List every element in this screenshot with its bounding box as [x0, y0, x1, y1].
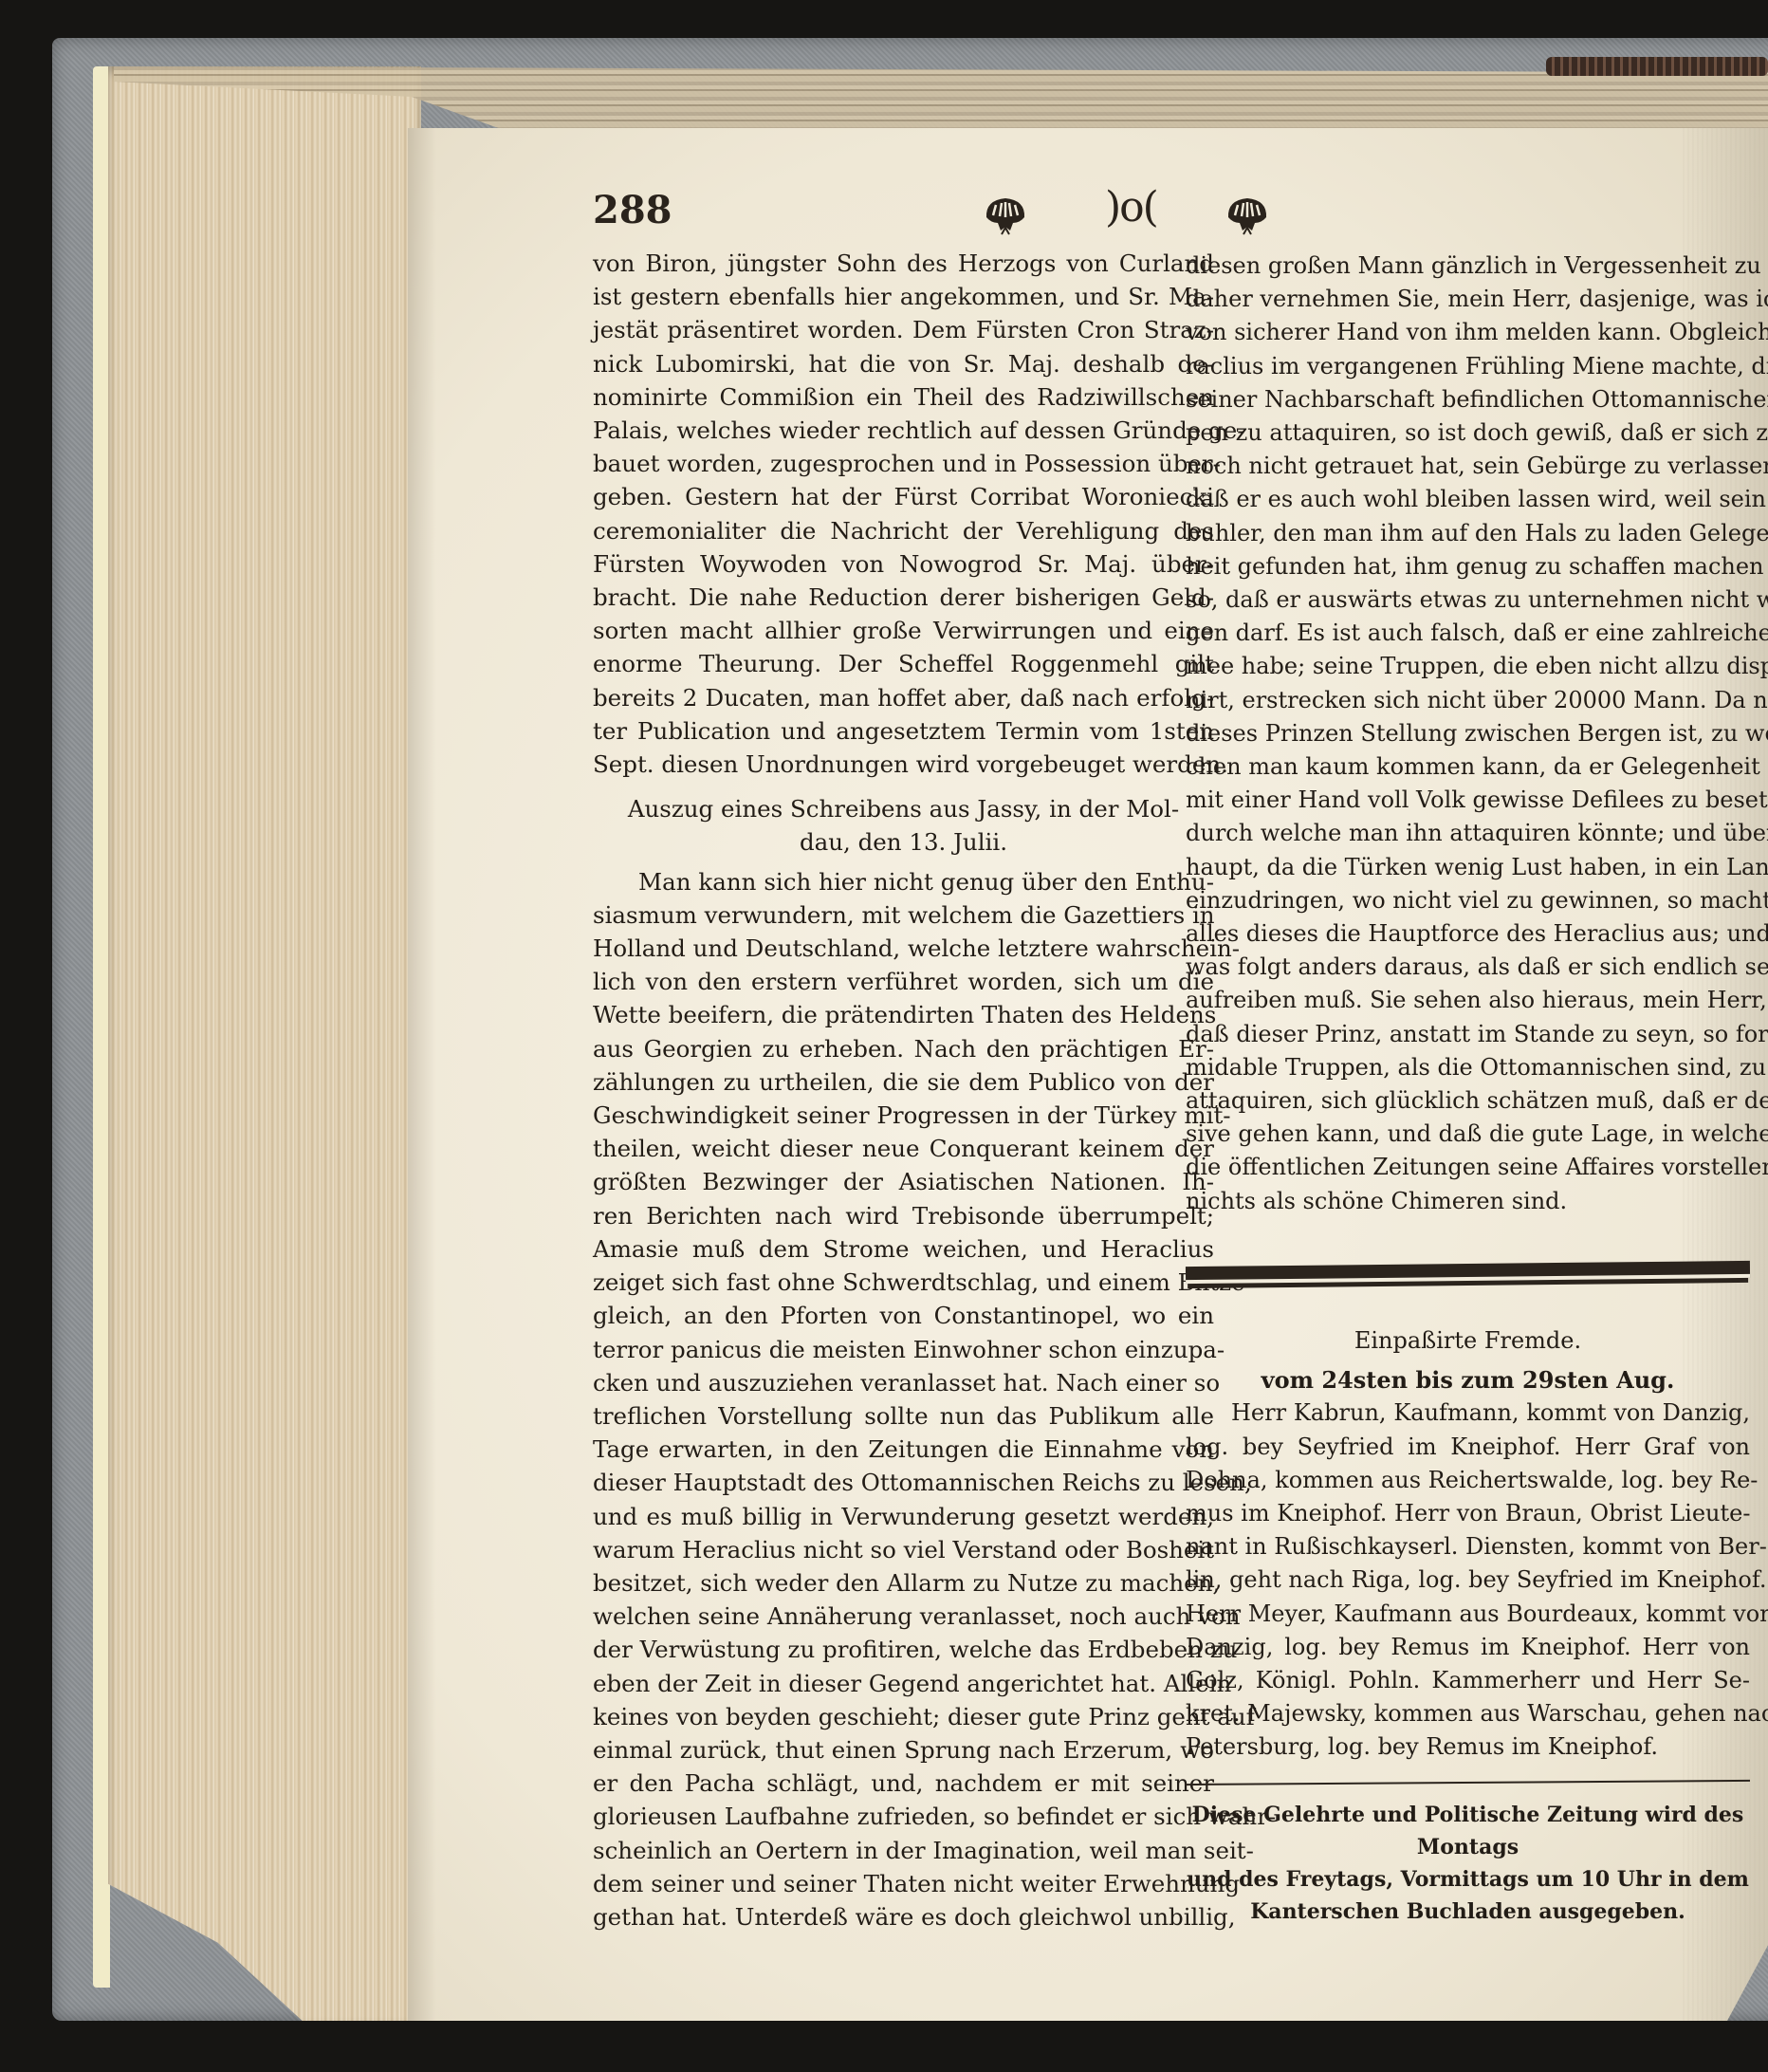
arrival-entry-line: lin, geht nach Riga, log. bey Seyfried i…	[1186, 1563, 1750, 1597]
article-paragraph: diesen großen Mann gänzlich in Vergessen…	[1186, 250, 1750, 1218]
text-line: welchen seine Annäherung veranlasset, no…	[593, 1600, 1214, 1633]
text-line: Sept. diesen Unordnungen wird vorgebeuge…	[593, 748, 1214, 781]
arrival-entry-line: nant in Rußischkayserl. Diensten, kommt …	[1186, 1530, 1750, 1563]
text-line: zählungen zu urtheilen, die sie dem Publ…	[593, 1065, 1214, 1099]
text-line: raclius im vergangenen Frühling Miene ma…	[1186, 350, 1750, 383]
text-line: jestät präsentiret worden. Dem Fürsten C…	[593, 313, 1214, 346]
arrival-entry-line: mus im Kneiphof. Herr von Braun, Obrist …	[1186, 1497, 1750, 1530]
text-line: daß er es auch wohl bleiben lassen wird,…	[1186, 483, 1750, 516]
text-line: nichts als schöne Chimeren sind.	[1186, 1185, 1750, 1218]
text-line: Fürsten Woywoden von Nowogrod Sr. Maj. ü…	[593, 547, 1214, 581]
text-line: Amasie muß dem Strome weichen, und Herac…	[593, 1232, 1214, 1266]
section-divider	[1186, 1261, 1750, 1284]
text-line: eben der Zeit in dieser Gegend angericht…	[593, 1667, 1214, 1700]
arrival-entry-line: log. bey Seyfried im Kneiphof. Herr Graf…	[1186, 1431, 1750, 1464]
text-line: von Biron, jüngster Sohn des Herzogs von…	[593, 247, 1214, 280]
text-line: treflichen Vorstellung sollte nun das Pu…	[593, 1399, 1214, 1433]
colophon-line: Kanterschen Buchladen ausgegeben.	[1186, 1896, 1750, 1928]
text-line: chen man kaum kommen kann, da er Gelegen…	[1186, 750, 1750, 784]
text-line: heit gefunden hat, ihm genug zu schaffen…	[1186, 550, 1750, 583]
text-line: lich von den erstern verführet worden, s…	[593, 965, 1214, 998]
text-line: der Verwüstung zu profitiren, welche das…	[593, 1633, 1214, 1666]
text-line: scheinlich an Oertern in der Imagination…	[593, 1834, 1214, 1867]
arrival-entry-line: Petersburg, log. bey Remus im Kneiphof.	[1186, 1730, 1750, 1764]
text-line: cken und auszuziehen veranlasset hat. Na…	[593, 1366, 1214, 1399]
text-line: mit einer Hand voll Volk gewisse Defilee…	[1186, 784, 1750, 817]
colophon-line: und des Freytags, Vormittags um 10 Uhr i…	[1186, 1863, 1750, 1896]
text-line: theilen, weicht dieser neue Conquerant k…	[593, 1132, 1214, 1165]
text-line: siasmum verwundern, mit welchem die Gaze…	[593, 898, 1214, 932]
text-line: sive gehen kann, und daß die gute Lage, …	[1186, 1118, 1750, 1151]
endpaper	[93, 66, 110, 1988]
page-edges	[108, 66, 421, 2021]
text-line: ceremonialiter die Nachricht der Verehli…	[593, 514, 1214, 547]
text-line: seiner Nachbarschaft befindlichen Ottoma…	[1186, 383, 1750, 416]
text-line: so, daß er auswärts etwas zu unternehmen…	[1186, 583, 1750, 617]
text-line: ist gestern ebenfalls hier angekommen, u…	[593, 280, 1214, 313]
text-line: nominirte Commißion ein Theil des Radziw…	[593, 380, 1214, 414]
text-line: haupt, da die Türken wenig Lust haben, i…	[1186, 851, 1750, 884]
text-line: Geschwindigkeit seiner Progressen in der…	[593, 1099, 1214, 1132]
text-line: aus Georgien zu erheben. Nach den prächt…	[593, 1032, 1214, 1065]
text-line: größten Bezwinger der Asiatischen Nation…	[593, 1165, 1214, 1198]
text-line: gethan hat. Unterdeß wäre es doch gleich…	[593, 1900, 1214, 1933]
text-line: geben. Gestern hat der Fürst Corribat Wo…	[593, 480, 1214, 513]
text-line: enorme Theurung. Der Scheffel Roggenmehl…	[593, 647, 1214, 680]
colophon-line: Diese Gelehrte und Politische Zeitung wi…	[1186, 1799, 1750, 1863]
text-line: ter Publication und angesetztem Termin v…	[593, 714, 1214, 748]
text-line: daß dieser Prinz, anstatt im Stande zu s…	[1186, 1018, 1750, 1051]
text-line: buhler, den man ihm auf den Hals zu lade…	[1186, 517, 1750, 550]
text-line: daher vernehmen Sie, mein Herr, dasjenig…	[1186, 283, 1750, 316]
text-line: terror panicus die meisten Einwohner sch…	[593, 1333, 1214, 1366]
newspaper-page: 288 )o( von Biron, jüngster Sohn des Her…	[408, 128, 1768, 2021]
text-line: aufreiben muß. Sie sehen also hieraus, m…	[1186, 984, 1750, 1017]
colophon-divider	[1186, 1779, 1750, 1785]
text-line: von sicherer Hand von ihm melden kann. O…	[1186, 316, 1750, 349]
text-line: einmal zurück, thut einen Sprung nach Er…	[593, 1733, 1214, 1767]
text-line: attaquiren, sich glücklich schätzen muß,…	[1186, 1084, 1750, 1118]
text-line: keines von beyden geschieht; dieser gute…	[593, 1700, 1214, 1733]
arrival-entry-line: Dohna, kommen aus Reichertswalde, log. b…	[1186, 1464, 1750, 1497]
ornament-divider: )o(	[1105, 183, 1157, 231]
text-line: warum Heraclius nicht so viel Verstand o…	[593, 1533, 1214, 1566]
gutter-shadow	[408, 128, 436, 2021]
text-line: was folgt anders daraus, als daß er sich…	[1186, 951, 1750, 984]
colophon: Diese Gelehrte und Politische Zeitung wi…	[1186, 1799, 1750, 1928]
text-line: nirt, erstrecken sich nicht über 20000 M…	[1186, 684, 1750, 717]
text-line: sorten macht allhier große Verwirrungen …	[593, 614, 1214, 647]
arrivals-list: Herr Kabrun, Kaufmann, kommt von Danzig,…	[1186, 1397, 1750, 1764]
text-line: einzudringen, wo nicht viel zu gewinnen,…	[1186, 884, 1750, 917]
text-line: dem seiner und seiner Thaten nicht weite…	[593, 1867, 1214, 1900]
right-column: diesen großen Mann gänzlich in Vergessen…	[1186, 250, 1750, 1928]
text-line: Holland und Deutschland, welche letztere…	[593, 932, 1214, 965]
arrival-entry-line: Herr Kabrun, Kaufmann, kommt von Danzig,	[1186, 1397, 1750, 1430]
text-line: midable Truppen, als die Ottomannischen …	[1186, 1051, 1750, 1084]
text-line: bracht. Die nahe Reduction derer bisheri…	[593, 581, 1214, 614]
text-line: die öffentlichen Zeitungen seine Affaire…	[1186, 1151, 1750, 1184]
text-line: Palais, welches wieder rechtlich auf des…	[593, 414, 1214, 447]
text-line: er den Pacha schlägt, und, nachdem er mi…	[593, 1767, 1214, 1800]
text-line: alles dieses die Hauptforce des Heracliu…	[1186, 917, 1750, 951]
arrival-entry-line: Golz, Königl. Pohln. Kammerherr und Herr…	[1186, 1664, 1750, 1697]
text-line: bauet worden, zugesprochen und in Posses…	[593, 447, 1214, 480]
text-line: besitzet, sich weder den Allarm zu Nutze…	[593, 1566, 1214, 1600]
section-subtitle: vom 24sten bis zum 29sten Aug.	[1186, 1363, 1750, 1397]
headband	[1546, 57, 1768, 76]
text-line: und es muß billig in Verwunderung gesetz…	[593, 1500, 1214, 1533]
text-line: gleich, an den Pforten von Constantinope…	[593, 1299, 1214, 1332]
text-line: noch nicht getrauet hat, sein Gebürge zu…	[1186, 450, 1750, 483]
article-paragraph: Man kann sich hier nicht genug über den …	[593, 865, 1214, 1934]
text-line: gen darf. Es ist auch falsch, daß er ein…	[1186, 617, 1750, 650]
text-line: mee habe; seine Truppen, die eben nicht …	[1186, 650, 1750, 683]
arrival-entry-line: Herr Meyer, Kaufmann aus Bourdeaux, komm…	[1186, 1598, 1750, 1631]
article-heading: Auszug eines Schreibens aus Jassy, in de…	[593, 792, 1214, 859]
shell-ornament-icon	[982, 194, 1029, 238]
text-line: Man kann sich hier nicht genug über den …	[593, 865, 1214, 898]
shell-ornament-icon	[1224, 194, 1271, 238]
arrival-entry-line: kret. Majewsky, kommen aus Warschau, geh…	[1186, 1697, 1750, 1730]
text-line: dieses Prinzen Stellung zwischen Bergen …	[1186, 717, 1750, 750]
text-line: Wette beeifern, die prätendirten Thaten …	[593, 998, 1214, 1031]
text-line: ren Berichten nach wird Trebisonde überr…	[593, 1199, 1214, 1232]
heading-line: dau, den 13. Julii.	[593, 825, 1214, 859]
article-paragraph: von Biron, jüngster Sohn des Herzogs von…	[593, 247, 1214, 781]
heading-line: Auszug eines Schreibens aus Jassy, in de…	[593, 792, 1214, 825]
text-line: glorieusen Laufbahne zufrieden, so befin…	[593, 1800, 1214, 1833]
text-line: diesen großen Mann gänzlich in Vergessen…	[1186, 250, 1750, 283]
left-column: von Biron, jüngster Sohn des Herzogs von…	[593, 247, 1214, 1933]
text-line: zeiget sich fast ohne Schwerdtschlag, un…	[593, 1266, 1214, 1299]
page-number: 288	[593, 188, 672, 232]
text-line: pen zu attaquiren, so ist doch gewiß, da…	[1186, 416, 1750, 450]
text-line: nick Lubomirski, hat die von Sr. Maj. de…	[593, 347, 1214, 380]
text-line: durch welche man ihn attaquiren könnte; …	[1186, 817, 1750, 850]
text-line: bereits 2 Ducaten, man hoffet aber, daß …	[593, 681, 1214, 714]
text-line: Tage erwarten, in den Zeitungen die Einn…	[593, 1433, 1214, 1466]
section-title: Einpaßirte Fremde.	[1186, 1324, 1750, 1358]
arrival-entry-line: Danzig, log. bey Remus im Kneiphof. Herr…	[1186, 1631, 1750, 1664]
text-line: dieser Hauptstadt des Ottomannischen Rei…	[593, 1466, 1214, 1499]
